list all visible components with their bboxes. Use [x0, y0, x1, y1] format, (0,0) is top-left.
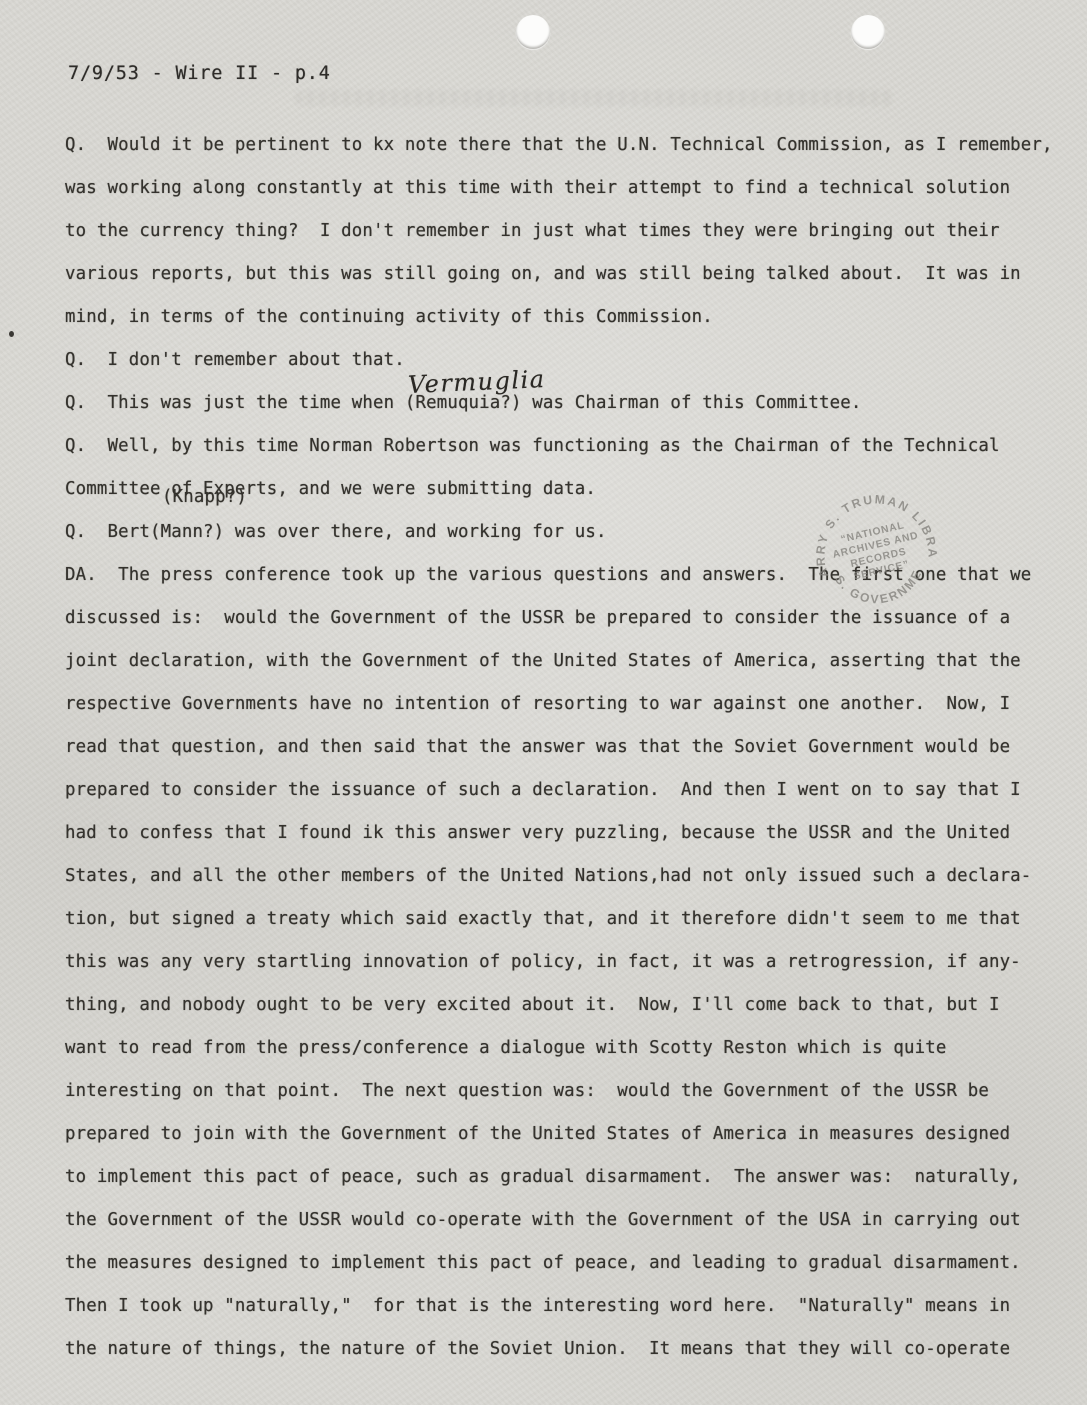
body-text: Q. Would it be pertinent to kx note ther… — [65, 124, 1055, 1371]
punch-hole-left — [516, 15, 550, 49]
truman-library-stamp: HARRY S. TRUMAN LIBRARY U. S. GOVERNMENT… — [803, 474, 948, 619]
text-line: thing, and nobody ought to be very excit… — [65, 984, 1055, 1027]
text-line: Then I took up "naturally," for that is … — [65, 1285, 1055, 1328]
handwritten-annotation: Vermuglia — [407, 365, 546, 399]
text-line: this was any very startling innovation o… — [65, 941, 1055, 984]
text-line: read that question, and then said that t… — [65, 726, 1055, 769]
text-line: Q. I don't remember about that. — [65, 339, 1055, 382]
text-line: Q. Would it be pertinent to kx note ther… — [65, 124, 1055, 167]
page-header: 7/9/53 - Wire II - p.4 — [68, 63, 331, 84]
punch-hole-right — [851, 15, 885, 49]
text-line: the measures designed to implement this … — [65, 1242, 1055, 1285]
text-line: joint declaration, with the Government o… — [65, 640, 1055, 683]
text-line: prepared to join with the Government of … — [65, 1113, 1055, 1156]
text-line: respective Governments have no intention… — [65, 683, 1055, 726]
text-line: want to read from the press/conference a… — [65, 1027, 1055, 1070]
document-page: 7/9/53 - Wire II - p.4 Q. Would it be pe… — [0, 0, 1087, 1405]
text-line: the Government of the USSR would co-oper… — [65, 1199, 1055, 1242]
text-line: was working along constantly at this tim… — [65, 167, 1055, 210]
text-line: Q. Well, by this time Norman Robertson w… — [65, 425, 1055, 468]
text-line: had to confess that I found ik this answ… — [65, 812, 1055, 855]
paper-speck — [9, 331, 14, 337]
text-line: interesting on that point. The next ques… — [65, 1070, 1055, 1113]
text-line: mind, in terms of the continuing activit… — [65, 296, 1055, 339]
text-line: tion, but signed a treaty which said exa… — [65, 898, 1055, 941]
text-line: Q. This was just the time when (Remuquia… — [65, 382, 1055, 425]
text-line: prepared to consider the issuance of suc… — [65, 769, 1055, 812]
text-line: the nature of things, the nature of the … — [65, 1328, 1055, 1371]
text-line: to the currency thing? I don't remember … — [65, 210, 1055, 253]
text-line: States, and all the other members of the… — [65, 855, 1055, 898]
ghost-text-smudge — [295, 90, 895, 106]
text-line: various reports, but this was still goin… — [65, 253, 1055, 296]
text-line: to implement this pact of peace, such as… — [65, 1156, 1055, 1199]
typed-insert-annotation: (Knapp?) — [162, 487, 247, 507]
